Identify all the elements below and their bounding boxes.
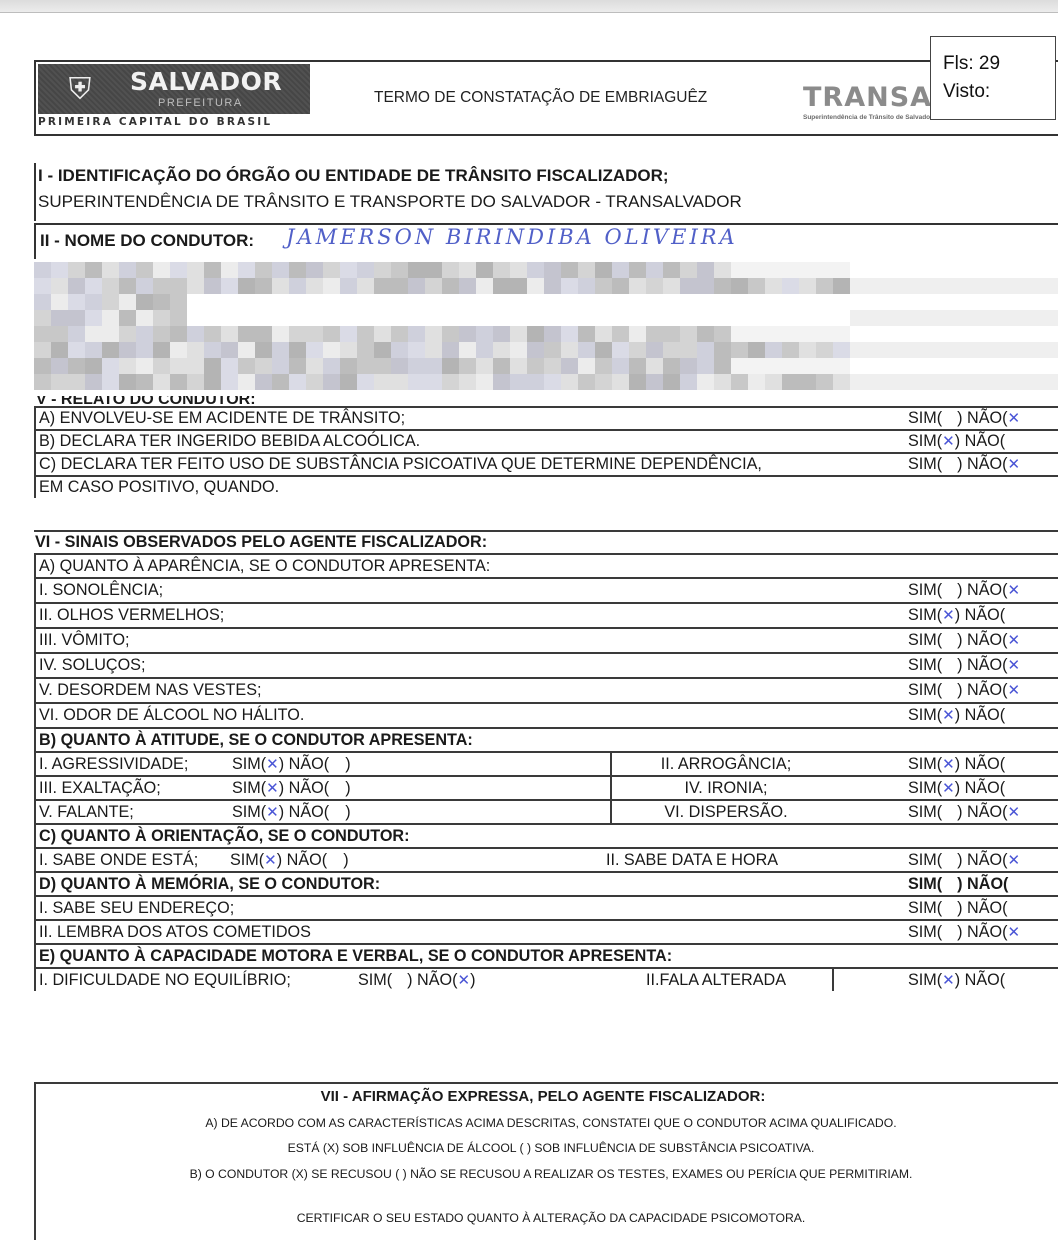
- row-label-left: I. AGRESSIVIDADE;: [39, 753, 188, 775]
- row-label: VI. ODOR DE ÁLCOOL NO HÁLITO.: [39, 704, 304, 727]
- redaction-block: [153, 278, 170, 294]
- redaction-block: [85, 262, 102, 278]
- redaction-block: [527, 342, 544, 358]
- redaction-block: [204, 326, 221, 342]
- sim-checkbox[interactable]: ✕: [942, 779, 955, 797]
- redaction-block: [680, 358, 697, 374]
- redaction-block: [510, 262, 527, 278]
- nao-checkbox[interactable]: ✕: [1008, 656, 1021, 674]
- redaction-block: [357, 374, 374, 390]
- sim-checkbox[interactable]: [942, 455, 957, 473]
- redaction-block: [170, 262, 187, 278]
- redaction-block: [102, 342, 119, 358]
- redaction-block: [612, 326, 629, 342]
- nao-checkbox[interactable]: ✕: [1008, 681, 1021, 699]
- redaction-block: [646, 358, 663, 374]
- redaction-block: [714, 342, 731, 358]
- redaction-block: [408, 262, 425, 278]
- redaction-block: [136, 294, 153, 310]
- sim-checkbox[interactable]: [392, 971, 407, 989]
- redaction-block: [595, 342, 612, 358]
- sim-checkbox[interactable]: [942, 923, 957, 941]
- redaction-block: [799, 262, 816, 278]
- yes-no-answer: SIM(✕) NÃO(: [908, 704, 1005, 727]
- sim-checkbox[interactable]: [942, 875, 957, 893]
- row-label: B) QUANTO À ATITUDE, SE O CONDUTOR APRES…: [39, 729, 473, 751]
- redaction-block: [442, 262, 459, 278]
- redaction-block: [221, 262, 238, 278]
- logo-tagline: PRIMEIRA CAPITAL DO BRASIL: [38, 116, 272, 128]
- redaction-block: [255, 262, 272, 278]
- sim-checkbox[interactable]: ✕: [266, 803, 279, 821]
- redaction-block: [493, 342, 510, 358]
- redaction-block: [119, 294, 136, 310]
- redaction-block: [782, 278, 799, 294]
- driver-name-value: JAMERSON BIRINDIBA OLIVEIRA: [286, 225, 738, 249]
- sim-checkbox[interactable]: ✕: [266, 779, 279, 797]
- redaction-block: [833, 262, 850, 278]
- redaction-block: [85, 294, 102, 310]
- sim-checkbox[interactable]: ✕: [942, 755, 955, 773]
- redaction-block: [816, 374, 833, 390]
- redaction-block: [816, 358, 833, 374]
- nao-checkbox[interactable]: ✕: [1008, 923, 1021, 941]
- redaction-block: [221, 374, 238, 390]
- section-6-table: VI - SINAIS OBSERVADOS PELO AGENTE FISCA…: [34, 530, 1058, 991]
- row-label: VI - SINAIS OBSERVADOS PELO AGENTE FISCA…: [35, 532, 487, 553]
- redaction-block: [170, 310, 187, 326]
- form-row: IV. SOLUÇOS;SIM( ) NÃO(✕: [34, 652, 1058, 677]
- form-row: A) QUANTO À APARÊNCIA, SE O CONDUTOR APR…: [34, 553, 1058, 577]
- redaction-block: [493, 262, 510, 278]
- redaction-block: [680, 262, 697, 278]
- redaction-block: [646, 326, 663, 342]
- redaction-block: [391, 278, 408, 294]
- redaction-block: [680, 374, 697, 390]
- redaction-block: [816, 326, 833, 342]
- redaction-block: [357, 262, 374, 278]
- redaction-block: [459, 262, 476, 278]
- redaction-block: [442, 342, 459, 358]
- redaction-block: [442, 358, 459, 374]
- redaction-block: [527, 326, 544, 342]
- redaction-block: [748, 278, 765, 294]
- redaction-block: [816, 262, 833, 278]
- redaction-block: [357, 342, 374, 358]
- yes-no-answer-left: SIM(✕) NÃO( ): [232, 753, 351, 775]
- sim-checkbox[interactable]: [942, 409, 957, 427]
- yes-no-answer: SIM( ) NÃO(✕: [908, 654, 1020, 677]
- row-label: EM CASO POSITIVO, QUANDO.: [39, 477, 279, 498]
- redaction-block: [476, 374, 493, 390]
- redaction-block: [289, 278, 306, 294]
- redaction-block: [238, 278, 255, 294]
- yes-no-answer-right: SIM( ) NÃO(✕: [908, 849, 1020, 871]
- redaction-block: [680, 326, 697, 342]
- logo-subtitle: PREFEITURA: [158, 97, 243, 109]
- sim-checkbox[interactable]: ✕: [942, 432, 955, 450]
- redaction-block: [221, 358, 238, 374]
- redaction-block: [340, 262, 357, 278]
- redaction-block: [527, 262, 544, 278]
- redaction-block: [544, 374, 561, 390]
- row-label-left: I. SABE ONDE ESTÁ;: [39, 849, 198, 871]
- redaction-block: [459, 278, 476, 294]
- redaction-block: [119, 374, 136, 390]
- redaction-block: [357, 278, 374, 294]
- redaction-block: [816, 278, 833, 294]
- form-row: C) DECLARA TER FEITO USO DE SUBSTÂNCIA P…: [34, 452, 1058, 475]
- section-1-value: SUPERINTENDÊNCIA DE TRÂNSITO E TRANSPORT…: [38, 192, 1058, 212]
- redaction-block: [306, 278, 323, 294]
- redaction-block: [170, 342, 187, 358]
- row-label: A) QUANTO À APARÊNCIA, SE O CONDUTOR APR…: [39, 555, 490, 577]
- redaction-block: [187, 278, 204, 294]
- redaction-block: [340, 374, 357, 390]
- redaction-block: [374, 374, 391, 390]
- redaction-block: [595, 358, 612, 374]
- redaction-block: [646, 374, 663, 390]
- redaction-block: [102, 262, 119, 278]
- redaction-block: [833, 374, 850, 390]
- redaction-block: [476, 326, 493, 342]
- redaction-block: [204, 358, 221, 374]
- redaction-block: [425, 278, 442, 294]
- redaction-block: [408, 358, 425, 374]
- form-row: III. VÔMITO;SIM( ) NÃO(✕: [34, 627, 1058, 652]
- redaction-block: [663, 278, 680, 294]
- redaction-block: [765, 342, 782, 358]
- sim-checkbox[interactable]: [942, 581, 957, 599]
- redaction-block: [391, 358, 408, 374]
- redaction-block: [782, 342, 799, 358]
- redaction-block: [85, 326, 102, 342]
- redaction-block: [425, 326, 442, 342]
- redaction-block: [289, 262, 306, 278]
- sim-checkbox[interactable]: [942, 851, 957, 869]
- redaction-block: [561, 374, 578, 390]
- redaction-block: [34, 310, 51, 326]
- redaction-block: [629, 262, 646, 278]
- redaction-block: [391, 326, 408, 342]
- section-7-line-a: A) DE ACORDO COM AS CARACTERÍSTICAS ACIM…: [36, 1116, 1058, 1130]
- redaction-block: [731, 326, 748, 342]
- row-label-right: II. SABE DATA E HORA: [606, 849, 778, 871]
- nao-checkbox[interactable]: ✕: [1008, 631, 1021, 649]
- redaction-block: [799, 342, 816, 358]
- section-7-line-b: B) O CONDUTOR (X) SE RECUSOU ( ) NÃO SE …: [36, 1167, 1058, 1181]
- redaction-block: [238, 342, 255, 358]
- redaction-block: [153, 310, 170, 326]
- redaction-block: [561, 342, 578, 358]
- redaction-block: [340, 358, 357, 374]
- redaction-block: [731, 358, 748, 374]
- form-row: I. SONOLÊNCIA;SIM( ) NÃO(✕: [34, 577, 1058, 602]
- redaction-block: [697, 262, 714, 278]
- redaction-block: [731, 374, 748, 390]
- redaction-block: [612, 262, 629, 278]
- redaction-block: [51, 374, 68, 390]
- row-label: III. VÔMITO;: [39, 629, 130, 652]
- redaction-block: [663, 342, 680, 358]
- redaction-block: [561, 278, 578, 294]
- redaction-block: [731, 278, 748, 294]
- redaction-block: [833, 326, 850, 342]
- salvador-logo: ⛨ SALVADOR PREFEITURA: [38, 64, 310, 114]
- row-label: I. SABE SEU ENDEREÇO;: [39, 897, 234, 919]
- redaction-block: [187, 358, 204, 374]
- column-divider: [610, 801, 612, 823]
- redaction-block: [68, 294, 85, 310]
- sim-checkbox[interactable]: ✕: [942, 606, 955, 624]
- section-heading-row: E) QUANTO À CAPACIDADE MOTORA E VERBAL, …: [34, 943, 1058, 967]
- redaction-block: [170, 326, 187, 342]
- nao-checkbox[interactable]: ✕: [1008, 803, 1021, 821]
- redaction-block: [629, 374, 646, 390]
- redaction-block: [476, 262, 493, 278]
- section-heading-row: D) QUANTO À MEMÓRIA, SE O CONDUTOR:SIM( …: [34, 871, 1058, 895]
- redaction-block: [255, 374, 272, 390]
- form-row: EM CASO POSITIVO, QUANDO.: [34, 475, 1058, 498]
- redaction-block: [204, 342, 221, 358]
- section-7-line-a2: ESTÁ (X) SOB INFLUÊNCIA DE ÁLCOOL ( ) SO…: [36, 1141, 1058, 1155]
- yes-no-answer: SIM( ) NÃO(✕: [908, 679, 1020, 702]
- redaction-block: [34, 358, 51, 374]
- redaction-block: [510, 374, 527, 390]
- redaction-block: [510, 358, 527, 374]
- redaction-block: [680, 342, 697, 358]
- redaction-block: [51, 262, 68, 278]
- redaction-block: [323, 358, 340, 374]
- redaction-block: [34, 326, 51, 342]
- sim-checkbox[interactable]: [942, 631, 957, 649]
- redaction-block: [255, 278, 272, 294]
- redaction-block: [408, 326, 425, 342]
- redaction-block: [221, 342, 238, 358]
- redaction-block: [697, 278, 714, 294]
- row-label: B) DECLARA TER INGERIDO BEBIDA ALCOÓLICA…: [39, 431, 420, 452]
- redaction-block: [374, 358, 391, 374]
- redaction-block: [850, 278, 1058, 294]
- redaction-block: [102, 294, 119, 310]
- redaction-block: [289, 358, 306, 374]
- sim-checkbox[interactable]: [942, 803, 957, 821]
- sim-checkbox[interactable]: ✕: [266, 755, 279, 773]
- redaction-block: [442, 278, 459, 294]
- redacted-area: [34, 262, 1058, 392]
- redaction-block: [391, 262, 408, 278]
- redaction-block: [204, 374, 221, 390]
- form-row-split: I. DIFICULDADE NO EQUILÍBRIO;SIM( ) NÃO(…: [34, 967, 1058, 991]
- redaction-block: [272, 326, 289, 342]
- redaction-block: [51, 358, 68, 374]
- sim-checkbox[interactable]: ✕: [264, 851, 277, 869]
- redaction-block: [102, 310, 119, 326]
- redaction-block: [221, 326, 238, 342]
- redaction-block: [102, 374, 119, 390]
- redaction-block: [119, 358, 136, 374]
- redaction-block: [340, 326, 357, 342]
- redaction-block: [765, 262, 782, 278]
- redaction-block: [187, 326, 204, 342]
- redaction-block: [459, 358, 476, 374]
- section-heading-row: VI - SINAIS OBSERVADOS PELO AGENTE FISCA…: [34, 530, 1058, 553]
- redaction-block: [68, 358, 85, 374]
- redaction-block: [408, 374, 425, 390]
- redaction-block: [612, 342, 629, 358]
- redaction-block: [612, 374, 629, 390]
- redaction-block: [85, 342, 102, 358]
- redaction-block: [34, 278, 51, 294]
- form-row-split: I. AGRESSIVIDADE;SIM(✕) NÃO( )II. ARROGÂ…: [34, 751, 1058, 775]
- stamp-visto: Visto:: [943, 81, 1055, 103]
- redaction-block: [544, 326, 561, 342]
- yes-no-answer-left: SIM(✕) NÃO( ): [232, 777, 351, 799]
- redaction-block: [68, 342, 85, 358]
- redaction-block: [51, 310, 68, 326]
- redaction-block: [476, 358, 493, 374]
- section-5-table: A) ENVOLVEU-SE EM ACIDENTE DE TRÂNSITO;S…: [34, 406, 1058, 498]
- redaction-block: [442, 326, 459, 342]
- redaction-block: [323, 262, 340, 278]
- redaction-block: [578, 342, 595, 358]
- redaction-block: [153, 358, 170, 374]
- redaction-block: [816, 342, 833, 358]
- viewer-top-bar: [0, 0, 1058, 13]
- redaction-block: [85, 278, 102, 294]
- sim-checkbox[interactable]: [942, 899, 957, 917]
- section-1-title: I - IDENTIFICAÇÃO DO ÓRGÃO OU ENTIDADE D…: [38, 166, 1058, 186]
- redaction-block: [34, 262, 51, 278]
- redaction-block: [561, 358, 578, 374]
- yes-no-answer: SIM(✕) NÃO(: [908, 431, 1005, 452]
- yes-no-answer: SIM( ) NÃO(✕: [908, 629, 1020, 652]
- redaction-block: [374, 262, 391, 278]
- stamp-folhas: Fls: 29: [943, 53, 1055, 75]
- redaction-block: [119, 262, 136, 278]
- redaction-block: [170, 358, 187, 374]
- logo-title: SALVADOR: [130, 67, 282, 96]
- redaction-block: [289, 374, 306, 390]
- redaction-block: [765, 374, 782, 390]
- redaction-block: [289, 342, 306, 358]
- redaction-block: [663, 326, 680, 342]
- redaction-block: [306, 358, 323, 374]
- row-label: II. LEMBRA DOS ATOS COMETIDOS: [39, 921, 311, 943]
- column-divider: [832, 969, 834, 991]
- redaction-block: [663, 374, 680, 390]
- row-label: C) DECLARA TER FEITO USO DE SUBSTÂNCIA P…: [39, 454, 762, 475]
- redaction-block: [833, 342, 850, 358]
- redaction-block: [459, 374, 476, 390]
- yes-no-answer: SIM( ) NÃO(✕: [908, 921, 1020, 943]
- redaction-block: [782, 358, 799, 374]
- form-row-split: V. FALANTE;SIM(✕) NÃO( )VI. DISPERSÃO.SI…: [34, 799, 1058, 823]
- redaction-block: [493, 326, 510, 342]
- section-7-line-c: CERTIFICAR O SEU ESTADO QUANTO À ALTERAÇ…: [36, 1211, 1058, 1225]
- redaction-block: [561, 262, 578, 278]
- redaction-block: [714, 278, 731, 294]
- redaction-block: [748, 326, 765, 342]
- redaction-block: [578, 374, 595, 390]
- yes-no-answer-left: SIM( ) NÃO(✕): [358, 969, 476, 991]
- redaction-block: [204, 278, 221, 294]
- sim-checkbox[interactable]: ✕: [942, 706, 955, 724]
- redaction-block: [238, 326, 255, 342]
- redaction-block: [510, 278, 527, 294]
- redaction-block: [578, 358, 595, 374]
- redaction-block: [289, 326, 306, 342]
- redaction-block: [408, 342, 425, 358]
- nao-checkbox[interactable]: ✕: [1008, 455, 1021, 473]
- nao-checkbox[interactable]: ✕: [1008, 409, 1021, 427]
- redaction-block: [272, 342, 289, 358]
- coat-of-arms-icon: ⛨: [52, 72, 108, 108]
- redaction-block: [136, 342, 153, 358]
- redaction-block: [34, 374, 51, 390]
- column-divider: [610, 753, 612, 775]
- redaction-block: [221, 278, 238, 294]
- section-heading-row: B) QUANTO À ATITUDE, SE O CONDUTOR APRES…: [34, 727, 1058, 751]
- row-label: II. OLHOS VERMELHOS;: [39, 604, 224, 627]
- redaction-block: [459, 326, 476, 342]
- document-title: TERMO DE CONSTATAÇÃO DE EMBRIAGUÊZ: [374, 89, 707, 107]
- redaction-block: [544, 278, 561, 294]
- redaction-block: [425, 374, 442, 390]
- redaction-block: [408, 278, 425, 294]
- nao-checkbox[interactable]: ✕: [458, 971, 471, 989]
- redaction-block: [238, 262, 255, 278]
- redaction-block: [391, 374, 408, 390]
- redaction-block: [272, 278, 289, 294]
- redaction-block: [799, 278, 816, 294]
- section-1: I - IDENTIFICAÇÃO DO ÓRGÃO OU ENTIDADE D…: [34, 163, 1058, 221]
- redaction-block: [527, 278, 544, 294]
- sim-checkbox[interactable]: ✕: [942, 971, 955, 989]
- redaction-block: [510, 342, 527, 358]
- redaction-block: [306, 374, 323, 390]
- redaction-block: [629, 278, 646, 294]
- redaction-block: [663, 262, 680, 278]
- redaction-block: [204, 262, 221, 278]
- redaction-block: [510, 326, 527, 342]
- form-row: I. SABE SEU ENDEREÇO;SIM( ) NÃO(: [34, 895, 1058, 919]
- redaction-block: [357, 326, 374, 342]
- sim-checkbox[interactable]: [942, 681, 957, 699]
- redaction-block: [340, 278, 357, 294]
- redaction-block: [748, 262, 765, 278]
- redaction-block: [646, 342, 663, 358]
- redaction-block: [578, 262, 595, 278]
- redaction-block: [476, 342, 493, 358]
- row-label-right: II. ARROGÂNCIA;: [661, 753, 791, 775]
- redaction-block: [731, 342, 748, 358]
- section-heading-row: C) QUANTO À ORIENTAÇÃO, SE O CONDUTOR:: [34, 823, 1058, 847]
- redaction-block: [782, 262, 799, 278]
- redaction-block: [136, 278, 153, 294]
- redaction-block: [119, 342, 136, 358]
- redaction-block: [493, 374, 510, 390]
- redaction-block: [187, 374, 204, 390]
- redaction-block: [833, 358, 850, 374]
- sim-checkbox[interactable]: [942, 656, 957, 674]
- redaction-block: [153, 326, 170, 342]
- form-row-split: I. SABE ONDE ESTÁ;SIM(✕) NÃO( )II. SABE …: [34, 847, 1058, 871]
- nao-checkbox[interactable]: ✕: [1008, 581, 1021, 599]
- redaction-block: [544, 262, 561, 278]
- nao-checkbox[interactable]: ✕: [1008, 851, 1021, 869]
- redaction-block: [119, 326, 136, 342]
